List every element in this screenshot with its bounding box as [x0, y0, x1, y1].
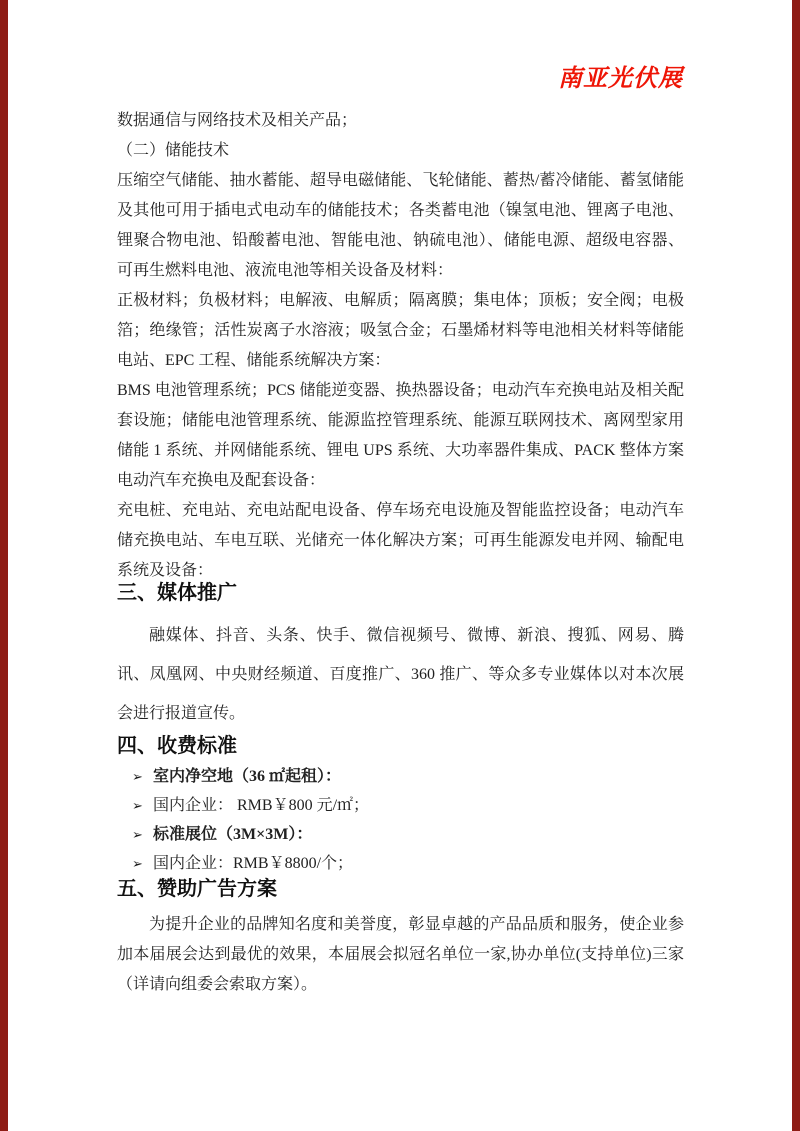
intro-line: 数据通信与网络技术及相关产品； [117, 106, 684, 136]
storage-paragraph-3: BMS 电池管理系统；PCS 储能逆变器、换热器设备；电动汽车充换电站及相关配套… [117, 376, 684, 496]
brand-logo: 南亚光伏展 [558, 58, 693, 93]
section-heading-sponsorship: 五、赞助广告方案 [117, 876, 684, 902]
fee-list-item: ➢ 国内企业： RMB￥800 元/㎡； [132, 792, 684, 821]
media-promotion-paragraph: 融媒体、抖音、头条、快手、微信视频号、微博、新浪、搜狐、网易、腾讯、凤凰网、中央… [117, 616, 684, 733]
fee-item-label: 室内净空地（36 ㎡起租）： [153, 763, 341, 791]
storage-paragraph-2: 正极材料；负极材料；电解液、电解质；隔离膜；集电体；顶板；安全阀；电极箔；绝缘管… [117, 286, 684, 376]
sponsorship-paragraph: 为提升企业的品牌知名度和美誉度，彰显卓越的产品品质和服务，使企业参加本届展会达到… [117, 910, 684, 1000]
fee-list-item: ➢ 室内净空地（36 ㎡起租）： [132, 763, 684, 792]
document-page: 南亚光伏展 数据通信与网络技术及相关产品； （二）储能技术 压缩空气储能、抽水蓄… [0, 0, 800, 1131]
page-border-left-bar [0, 0, 8, 1131]
storage-paragraph-1: 压缩空气储能、抽水蓄能、超导电磁储能、飞轮储能、蓄热/蓄冷储能、蓄氢储能及其他可… [117, 166, 684, 286]
arrow-bullet-icon: ➢ [132, 793, 153, 821]
fee-list-item: ➢ 国内企业：RMB￥8800/个； [132, 850, 684, 879]
exhibit-scope-block: 数据通信与网络技术及相关产品； （二）储能技术 压缩空气储能、抽水蓄能、超导电磁… [117, 106, 684, 586]
fee-item-label: 国内企业： RMB￥800 元/㎡； [153, 792, 369, 820]
section-heading-fee-standard: 四、收费标准 [117, 733, 684, 759]
arrow-bullet-icon: ➢ [132, 851, 153, 879]
section2-subtitle: （二）储能技术 [117, 136, 684, 166]
fee-item-label: 国内企业：RMB￥8800/个； [153, 850, 353, 878]
fee-list: ➢ 室内净空地（36 ㎡起租）： ➢ 国内企业： RMB￥800 元/㎡； ➢ … [117, 763, 684, 879]
page-border-right-bar [792, 0, 800, 1131]
page-content: 数据通信与网络技术及相关产品； （二）储能技术 压缩空气储能、抽水蓄能、超导电磁… [117, 106, 684, 1000]
fee-list-item: ➢ 标准展位（3M×3M）： [132, 821, 684, 850]
section-heading-media-promotion: 三、媒体推广 [117, 580, 684, 606]
storage-paragraph-4: 充电桩、充电站、充电站配电设备、停车场充电设施及智能监控设备；电动汽车储充换电站… [117, 496, 684, 586]
arrow-bullet-icon: ➢ [132, 764, 153, 792]
arrow-bullet-icon: ➢ [132, 822, 153, 850]
fee-item-label: 标准展位（3M×3M）： [153, 821, 312, 849]
